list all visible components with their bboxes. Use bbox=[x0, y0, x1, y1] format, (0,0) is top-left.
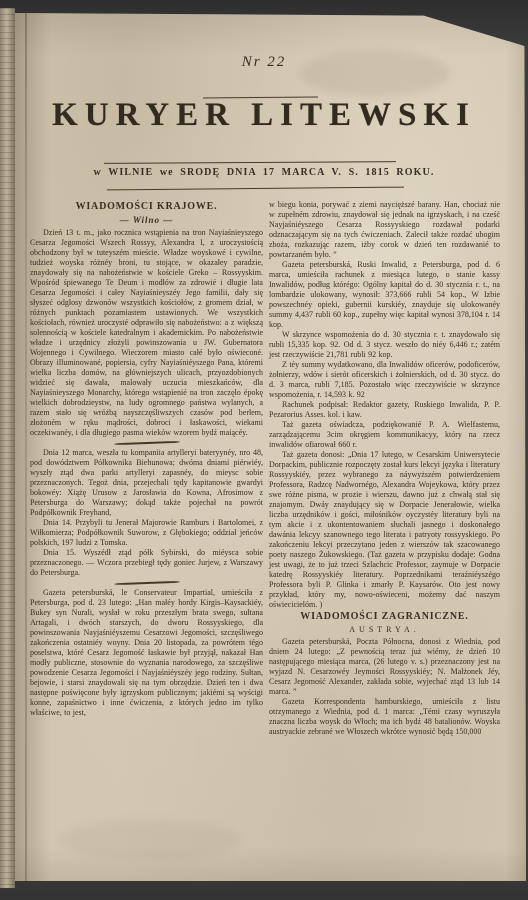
article-divider bbox=[113, 581, 179, 585]
paragraph: Rachunek podpisał: Redaktor gazety, Rusk… bbox=[269, 400, 500, 420]
paragraph: w biegu konia, porywać z ziemi naycięższ… bbox=[269, 200, 500, 260]
section-header: WIADOMOŚCI ZAGRANICZNE. bbox=[269, 611, 500, 622]
paragraph: W skrzynce wspomożenia do d. 30 stycznia… bbox=[269, 330, 500, 360]
paragraph: Taż gazeta donosi: „Dnia 17 lutego, w Ce… bbox=[269, 450, 500, 610]
adjacent-page-edge bbox=[0, 8, 15, 888]
paragraph: Dnia 14. Przybyli tu Jenerał Majorowie R… bbox=[30, 518, 263, 548]
left-column: WIADOMOŚCI KRAJOWE.— Wilno —Dzień 13 t. … bbox=[30, 200, 263, 718]
section-header: WIADOMOŚCI KRAJOWE. bbox=[30, 201, 263, 212]
paragraph: Dnia 15. Wyszédł ztąd półk Sybirski, do … bbox=[30, 548, 263, 578]
paragraph: Dnia 12 marca, weszła tu kompaniia artyl… bbox=[30, 448, 263, 518]
paragraph: Dzień 13 t. m., jako rocznica wstąpienia… bbox=[30, 228, 263, 438]
section-subheader: — Wilno — bbox=[30, 215, 263, 225]
newspaper-title: KURYER LITEWSKI bbox=[0, 97, 528, 134]
paragraph: Gazeta petersburská, le Conservateur Imp… bbox=[30, 588, 263, 718]
scanned-newspaper-page: Nr 22 KURYER LITEWSKI w WILNIE we SRODĘ … bbox=[0, 0, 528, 900]
paragraph: Gazeta petersburská, Poczta Północna, do… bbox=[269, 637, 500, 697]
paragraph: Gazeta petersburská, Ruski Inwalid, z Pe… bbox=[269, 260, 500, 330]
right-column: w biegu konia, porywać z ziemi naycięższ… bbox=[269, 200, 500, 737]
issue-number: Nr 22 bbox=[0, 54, 528, 71]
dateline: w WILNIE we SRODĘ DNIA 17 MARCA V. S. 18… bbox=[0, 167, 528, 178]
section-subheader: AUSTRYA. bbox=[269, 625, 500, 634]
paragraph: Z téy summy wydatkowano, dla Inwalidów o… bbox=[269, 360, 500, 400]
article-divider bbox=[113, 441, 179, 445]
paragraph: Gazeta Korrespondenta hamburskiego, umie… bbox=[269, 697, 500, 737]
paragraph: Taż gazeta oświadcza, podziękowanié P. A… bbox=[269, 420, 500, 450]
